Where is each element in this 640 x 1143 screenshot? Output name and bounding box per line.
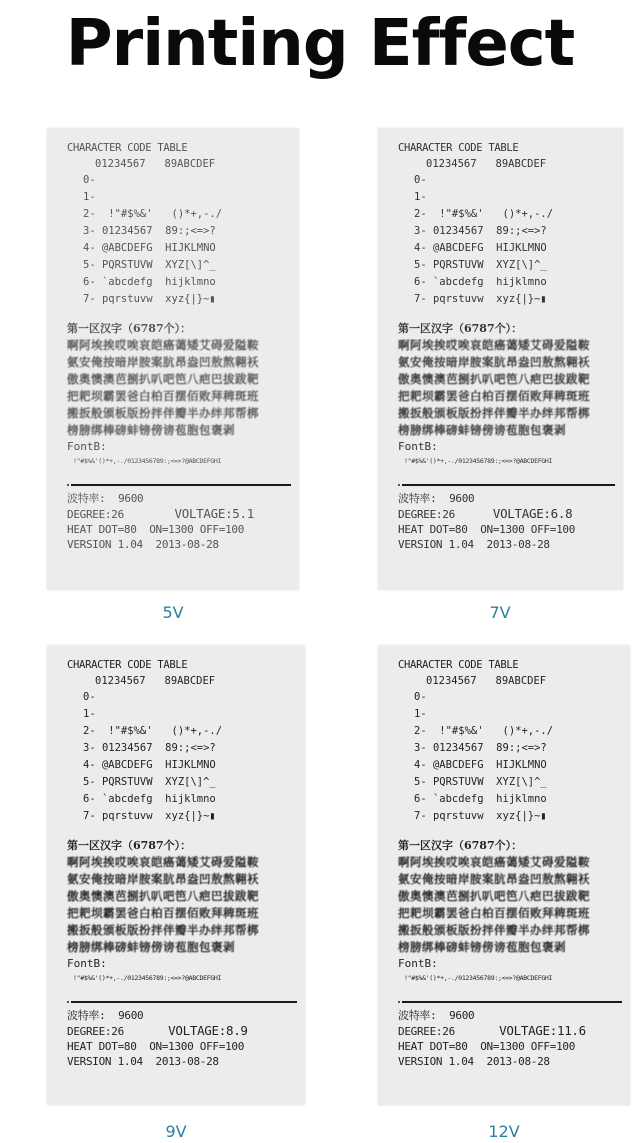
code-table-row: 7- pqrstuvw xyz{|}~▮ [398, 291, 615, 308]
fontb-label: FontB: [398, 956, 622, 972]
divider-line [402, 484, 615, 486]
baud-label: 波特率: [67, 1009, 105, 1022]
page-title: Printing Effect [0, 2, 640, 86]
code-table-header: CHARACTER CODE TABLE [398, 140, 615, 156]
voltage-caption: 9V [146, 1122, 206, 1142]
code-table-row: 1- [398, 189, 615, 206]
baud-label: 波特率: [398, 492, 436, 505]
baud-rate: 波特率: 9600 [67, 491, 291, 506]
chinese-line: 榜膀绑棒磅蚌镑傍谤苞胞包褒剥 [67, 939, 297, 956]
code-table-row: 3- 01234567 89:;<=>? [398, 223, 615, 240]
degree: DEGREE:26 [398, 508, 455, 521]
chinese-line: 把耙坝霸罢爸白柏百摆佰败拜稗斑班 [398, 905, 622, 922]
code-table-row: 4- @ABCDEFG HIJKLMNO [67, 240, 291, 257]
code-table-row: 2- !"#$%&' ()*+,-./ [67, 206, 291, 223]
code-table-row: 7- pqrstuvw xyz{|}~▮ [398, 808, 622, 825]
chinese-line: 傲奥懊澳芭捌扒叭吧笆八疤巴拔跋靶 [67, 371, 291, 388]
voltage: VOLTAGE:6.8 [493, 506, 572, 521]
voltage: VOLTAGE:11.6 [499, 1023, 586, 1038]
code-table-row: 1- [67, 189, 291, 206]
chinese-line: 氨安俺按暗岸胺案肮昂盎凹敖熬翱袄 [398, 871, 622, 888]
baud-label: 波特率: [67, 492, 105, 505]
chinese-line: 搬扳般颁板版扮拌伴瓣半办绊邦帮梆 [398, 922, 622, 939]
chinese-line: 啊阿埃挨哎唉哀皑癌蔼矮艾碍爱隘鞍 [398, 337, 615, 354]
chinese-line: 搬扳般颁板版扮拌伴瓣半办绊邦帮梆 [67, 922, 297, 939]
chinese-line: 啊阿埃挨哎唉哀皑癌蔼矮艾碍爱隘鞍 [67, 337, 291, 354]
heat-dot: HEAT DOT=80 ON=1300 OFF=100 [67, 522, 291, 537]
chinese-line: 傲奥懊澳芭捌扒叭吧笆八疤巴拔跋靶 [67, 888, 297, 905]
voltage: VOLTAGE:5.1 [175, 506, 254, 521]
code-table-row: 0- [398, 172, 615, 189]
chinese-line: 把耙坝霸罢爸白柏百摆佰败拜稗斑班 [398, 388, 615, 405]
baud-label: 波特率: [398, 1009, 436, 1022]
voltage-caption: 5V [143, 603, 203, 623]
version: VERSION 1.04 2013-08-28 [398, 1054, 622, 1069]
degree: DEGREE:26 [67, 1025, 124, 1038]
code-table-header: CHARACTER CODE TABLE [398, 657, 622, 673]
code-table-header: CHARACTER CODE TABLE [67, 140, 291, 156]
degree-voltage: DEGREE:26 VOLTAGE:8.9 [67, 1023, 297, 1039]
receipt-panel-5v: CHARACTER CODE TABLE 01234567 89ABCDEF 0… [47, 128, 299, 590]
divider-line [71, 484, 291, 486]
version: VERSION 1.04 2013-08-28 [398, 537, 615, 552]
code-table-row: 3- 01234567 89:;<=>? [67, 223, 291, 240]
degree-voltage: DEGREE:26 VOLTAGE:6.8 [398, 506, 615, 522]
code-table-row: 1- [67, 706, 297, 723]
code-table-row: 6- `abcdefg hijklmno [67, 791, 297, 808]
code-table-row: 0- [67, 172, 291, 189]
receipt-printout: CHARACTER CODE TABLE 01234567 89ABCDEF 0… [67, 657, 297, 1069]
code-table-row: 5- PQRSTUVW XYZ[\]^_ [398, 774, 622, 791]
receipt-panel-12v: CHARACTER CODE TABLE 01234567 89ABCDEF 0… [378, 645, 630, 1105]
receipt-panel-7v: CHARACTER CODE TABLE 01234567 89ABCDEF 0… [378, 128, 623, 590]
code-table-row: 4- @ABCDEFG HIJKLMNO [398, 757, 622, 774]
chinese-line: 傲奥懊澳芭捌扒叭吧笆八疤巴拔跋靶 [398, 371, 615, 388]
code-table-row: 6- `abcdefg hijklmno [398, 791, 622, 808]
code-table-row: 0- [398, 689, 622, 706]
fontb-sample: !"#$%&'()*+,-./0123456789:;<=>?@ABCDEFGH… [398, 455, 615, 467]
baud-rate: 波特率: 9600 [67, 1008, 297, 1023]
baud-value: 9600 [118, 492, 143, 505]
divider-line [71, 1001, 297, 1003]
code-table-row: 5- PQRSTUVW XYZ[\]^_ [398, 257, 615, 274]
chinese-line: 氨安俺按暗岸胺案肮昂盎凹敖熬翱袄 [398, 354, 615, 371]
heat-dot: HEAT DOT=80 ON=1300 OFF=100 [67, 1039, 297, 1054]
degree: DEGREE:26 [398, 1025, 455, 1038]
code-table-row: 0- [67, 689, 297, 706]
version: VERSION 1.04 2013-08-28 [67, 537, 291, 552]
code-table-row: 2- !"#$%&' ()*+,-./ [398, 723, 622, 740]
chinese-line: 氨安俺按暗岸胺案肮昂盎凹敖熬翱袄 [67, 354, 291, 371]
chinese-line: 啊阿埃挨哎唉哀皑癌蔼矮艾碍爱隘鞍 [398, 854, 622, 871]
code-table-row: 3- 01234567 89:;<=>? [398, 740, 622, 757]
code-table-row: 6- `abcdefg hijklmno [67, 274, 291, 291]
receipt-printout: CHARACTER CODE TABLE 01234567 89ABCDEF 0… [398, 140, 615, 552]
code-table-row: 1- [398, 706, 622, 723]
chinese-line: 氨安俺按暗岸胺案肮昂盎凹敖熬翱袄 [67, 871, 297, 888]
heat-dot: HEAT DOT=80 ON=1300 OFF=100 [398, 1039, 622, 1054]
heat-dot: HEAT DOT=80 ON=1300 OFF=100 [398, 522, 615, 537]
fontb-sample: !"#$%&'()*+,-./0123456789:;<=>?@ABCDEFGH… [67, 972, 297, 984]
baud-value: 9600 [118, 1009, 143, 1022]
degree-voltage: DEGREE:26 VOLTAGE:11.6 [398, 1023, 622, 1039]
code-table-columns: 01234567 89ABCDEF [398, 156, 615, 172]
code-table-columns: 01234567 89ABCDEF [67, 156, 291, 172]
code-table-row: 6- `abcdefg hijklmno [398, 274, 615, 291]
code-table-row: 5- PQRSTUVW XYZ[\]^_ [67, 257, 291, 274]
chinese-line: 啊阿埃挨哎唉哀皑癌蔼矮艾碍爱隘鞍 [67, 854, 297, 871]
chinese-section-title: 第一区汉字（6787个）： [398, 837, 622, 854]
chinese-section-title: 第一区汉字（6787个）： [398, 320, 615, 337]
receipt-printout: CHARACTER CODE TABLE 01234567 89ABCDEF 0… [398, 657, 622, 1069]
baud-rate: 波特率: 9600 [398, 1008, 622, 1023]
voltage: VOLTAGE:8.9 [168, 1023, 247, 1038]
receipt-printout: CHARACTER CODE TABLE 01234567 89ABCDEF 0… [67, 140, 291, 552]
code-table-row: 2- !"#$%&' ()*+,-./ [67, 723, 297, 740]
code-table-row: 4- @ABCDEFG HIJKLMNO [67, 757, 297, 774]
chinese-line: 搬扳般颁板版扮拌伴瓣半办绊邦帮梆 [398, 405, 615, 422]
divider-line [402, 1001, 622, 1003]
code-table-header: CHARACTER CODE TABLE [67, 657, 297, 673]
fontb-label: FontB: [67, 439, 291, 455]
receipt-panel-9v: CHARACTER CODE TABLE 01234567 89ABCDEF 0… [47, 645, 305, 1105]
chinese-line: 把耙坝霸罢爸白柏百摆佰败拜稗斑班 [67, 905, 297, 922]
code-table-row: 2- !"#$%&' ()*+,-./ [398, 206, 615, 223]
code-table-row: 4- @ABCDEFG HIJKLMNO [398, 240, 615, 257]
fontb-label: FontB: [67, 956, 297, 972]
baud-value: 9600 [449, 1009, 474, 1022]
voltage-caption: 7V [470, 603, 530, 623]
code-table-row: 7- pqrstuvw xyz{|}~▮ [67, 808, 297, 825]
fontb-label: FontB: [398, 439, 615, 455]
code-table-columns: 01234567 89ABCDEF [67, 673, 297, 689]
baud-value: 9600 [449, 492, 474, 505]
fontb-sample: !"#$%&'()*+,-./0123456789:;<=>?@ABCDEFGH… [398, 972, 622, 984]
chinese-section-title: 第一区汉字（6787个）： [67, 837, 297, 854]
version: VERSION 1.04 2013-08-28 [67, 1054, 297, 1069]
chinese-line: 搬扳般颁板版扮拌伴瓣半办绊邦帮梆 [67, 405, 291, 422]
chinese-line: 榜膀绑棒磅蚌镑傍谤苞胞包褒剥 [398, 422, 615, 439]
fontb-sample: !"#$%&'()*+,-./0123456789:;<=>?@ABCDEFGH… [67, 455, 291, 467]
code-table-row: 7- pqrstuvw xyz{|}~▮ [67, 291, 291, 308]
chinese-line: 傲奥懊澳芭捌扒叭吧笆八疤巴拔跋靶 [398, 888, 622, 905]
degree: DEGREE:26 [67, 508, 124, 521]
code-table-columns: 01234567 89ABCDEF [398, 673, 622, 689]
code-table-row: 5- PQRSTUVW XYZ[\]^_ [67, 774, 297, 791]
baud-rate: 波特率: 9600 [398, 491, 615, 506]
degree-voltage: DEGREE:26 VOLTAGE:5.1 [67, 506, 291, 522]
chinese-section-title: 第一区汉字（6787个）： [67, 320, 291, 337]
chinese-line: 榜膀绑棒磅蚌镑傍谤苞胞包褒剥 [67, 422, 291, 439]
chinese-line: 榜膀绑棒磅蚌镑傍谤苞胞包褒剥 [398, 939, 622, 956]
voltage-caption: 12V [474, 1122, 534, 1142]
code-table-row: 3- 01234567 89:;<=>? [67, 740, 297, 757]
chinese-line: 把耙坝霸罢爸白柏百摆佰败拜稗斑班 [67, 388, 291, 405]
